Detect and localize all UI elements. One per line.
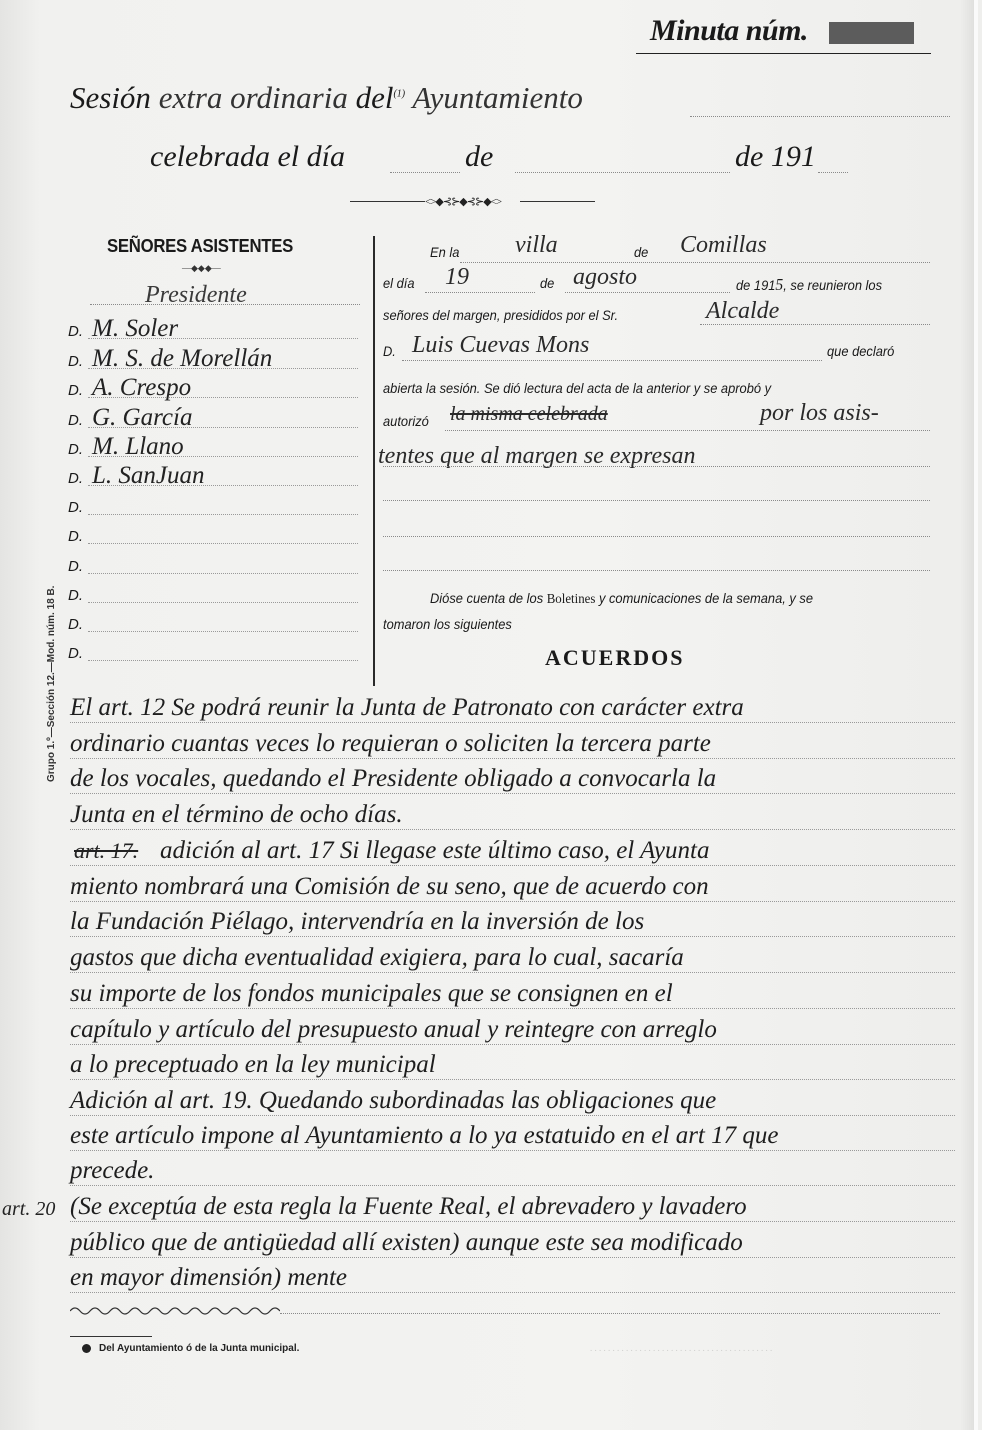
attendee-line <box>88 631 358 632</box>
attendees-heading: SEÑORES ASISTENTES <box>107 236 293 257</box>
year-group: de 1915, se reunieron los <box>736 275 882 295</box>
struck-article-ref: art. 17. <box>74 838 138 864</box>
agreement-line: de los vocales, quedando el Presidente o… <box>70 765 716 793</box>
autorizo-label: autorizó <box>383 413 429 429</box>
attendee-prefix: D. <box>68 441 83 458</box>
celebrated-label: celebrada el día <box>150 140 345 174</box>
attendee-name: M. S. de Morellán <box>92 345 272 373</box>
footnote-marker: (1) <box>393 89 405 100</box>
footnote: Del Ayuntamiento ó de la Junta municipal… <box>82 1343 299 1354</box>
tomaron-text: tomaron los siguientes <box>383 616 512 632</box>
session-type: extra ordinaria <box>159 80 348 115</box>
blank-line-2 <box>383 500 930 501</box>
president-line <box>90 304 360 305</box>
declaro-text: que declaró <box>827 343 894 359</box>
agreement-line: ordinario cuantas veces lo requieran o s… <box>70 730 711 758</box>
agreement-line: Adición al art. 19. Quedando subordinada… <box>70 1087 716 1115</box>
ruled-line <box>70 936 955 937</box>
attendee-row: D. <box>68 521 358 545</box>
autorizo-line <box>445 430 930 431</box>
minuta-number-redacted <box>829 22 914 44</box>
small-ornament: —◆◆◆— <box>182 263 221 274</box>
ruled-line <box>70 1257 955 1258</box>
closing-squiggle <box>70 1305 280 1317</box>
agreement-line: público que de antigüedad allí existen) … <box>70 1229 743 1257</box>
place-name: Comillas <box>680 232 767 259</box>
title-prefix: Sesión <box>70 80 151 115</box>
attendee-name: L. SanJuan <box>92 462 205 490</box>
form-model-label: Grupo 1.º—Sección 12.—Mod. núm. 18 B. <box>46 586 57 782</box>
ruled-line <box>70 829 955 830</box>
agreement-line: miento nombrará una Comisión de su seno,… <box>70 873 709 901</box>
blank-line-1 <box>383 466 930 467</box>
agreement-line: adición al art. 17 Si llegase este últim… <box>160 837 709 865</box>
attendee-prefix: D. <box>68 353 83 370</box>
ruled-line <box>70 1221 955 1222</box>
attendee-row: D. <box>68 580 358 604</box>
agreement-line: en mayor dimensión) mente <box>70 1264 347 1292</box>
en-la-label: En la <box>430 244 459 260</box>
day-line <box>425 292 535 293</box>
attendee-row: D.M. Llano <box>68 434 358 458</box>
blank-line-4 <box>383 570 930 571</box>
month-blank <box>515 172 730 173</box>
agreement-line: gastos que dicha eventualidad exigiera, … <box>70 944 684 972</box>
ruled-line <box>70 1115 955 1116</box>
bleed-through-text: . . . . . . . . . . . . . . . . . . . . … <box>590 1343 772 1353</box>
attendee-name: G. García <box>92 404 192 432</box>
closing-line <box>280 1313 940 1314</box>
mayor-name: Luis Cuevas Mons <box>412 332 589 359</box>
attendee-name: M. Soler <box>92 315 178 343</box>
footnote-mark-icon <box>82 1344 91 1353</box>
ruled-line <box>70 972 955 973</box>
ruled-line <box>70 901 955 902</box>
attendee-row: D.L. SanJuan <box>68 463 358 487</box>
day-blank <box>390 172 460 173</box>
attendee-line <box>88 660 358 661</box>
ornament-divider: <>◆⊰⊱◆⊰⊱◆<> <box>350 195 595 207</box>
agreement-line: capítulo y artículo del presupuesto anua… <box>70 1016 717 1044</box>
attendee-prefix: D. <box>68 382 83 399</box>
attendee-name: A. Crespo <box>92 374 191 402</box>
ruled-line <box>70 1292 955 1293</box>
attendee-line <box>88 543 358 544</box>
attendee-row: D.M. S. de Morellán <box>68 346 358 370</box>
month-value: agosto <box>573 264 637 291</box>
ruled-line <box>70 865 955 866</box>
diose-text: Dióse cuenta de los Boletines y comunica… <box>430 590 813 608</box>
attendee-row: D. <box>68 492 358 516</box>
agreement-line: precede. <box>70 1157 154 1185</box>
place-type: villa <box>515 232 558 259</box>
title-of-the: del <box>356 80 394 115</box>
ruled-line <box>70 793 955 794</box>
attendee-prefix: D. <box>68 645 83 662</box>
attendee-prefix: D. <box>68 558 83 575</box>
attendee-row: D.M. Soler <box>68 316 358 340</box>
ruled-line <box>70 1008 955 1009</box>
ruled-line <box>70 758 955 759</box>
de-label: de <box>634 244 648 260</box>
month-line <box>565 292 730 293</box>
session-title: Sesión extra ordinaria del(1) Ayuntamien… <box>70 80 583 116</box>
acuerdos-heading: ACUERDOS <box>545 645 684 671</box>
mayor-prefix: D. <box>383 343 396 359</box>
title-de: de <box>465 140 493 174</box>
year-label: de 191 <box>735 140 816 174</box>
document-page: Minuta núm. Sesión extra ordinaria del(1… <box>0 0 978 1430</box>
attendee-prefix: D. <box>68 323 83 340</box>
attendee-row: D.G. García <box>68 405 358 429</box>
agreement-line: (Se exceptúa de esta regla la Fuente Rea… <box>70 1193 747 1221</box>
attendee-row: D. <box>68 551 358 575</box>
column-divider <box>373 236 375 686</box>
ruled-line <box>70 1044 955 1045</box>
minuta-label: Minuta núm. <box>650 14 808 48</box>
day-value: 19 <box>445 264 469 291</box>
agreement-line: este artículo impone al Ayuntamiento a l… <box>70 1122 778 1150</box>
abierta-text: abierta la sesión. Se dió lectura del ac… <box>383 380 771 396</box>
margin-note-art20: art. 20 <box>2 1198 55 1221</box>
signed-by-line-1: por los asis- <box>760 400 879 427</box>
margen-text: señores del margen, presididos por el Sr… <box>383 307 618 323</box>
attendee-prefix: D. <box>68 412 83 429</box>
agreement-line: su importe de los fondos municipales que… <box>70 980 673 1008</box>
ruled-line <box>70 1150 955 1151</box>
attendee-prefix: D. <box>68 616 83 633</box>
attendee-line <box>88 602 358 603</box>
attendee-line <box>88 514 358 515</box>
attendee-prefix: D. <box>68 499 83 516</box>
presided-by: Alcalde <box>706 298 779 325</box>
agreement-line: El art. 12 Se podrá reunir la Junta de P… <box>70 694 744 722</box>
blank-line-3 <box>383 536 930 537</box>
attendee-prefix: D. <box>68 528 83 545</box>
agreement-line: Junta en el término de ocho días. <box>70 801 403 829</box>
struck-text: la misma celebrada <box>450 403 608 426</box>
attendee-row: D.A. Crespo <box>68 375 358 399</box>
attendee-row: D. <box>68 638 358 662</box>
de-month-label: de <box>540 275 554 291</box>
page-edge <box>974 0 978 1430</box>
place-line <box>460 262 930 263</box>
agreement-line: a lo preceptuado en la ley municipal <box>70 1051 436 1079</box>
presided-line <box>700 324 930 325</box>
council-body: Ayuntamiento <box>412 80 582 115</box>
el-dia-label: el día <box>383 275 415 291</box>
attendee-row: D. <box>68 609 358 633</box>
attendee-line <box>88 573 358 574</box>
title-dotted-line <box>690 116 950 117</box>
year-blank <box>818 172 848 173</box>
ruled-line <box>70 722 955 723</box>
attendee-prefix: D. <box>68 587 83 604</box>
attendee-prefix: D. <box>68 470 83 487</box>
minuta-underline <box>636 53 931 54</box>
ruled-line <box>70 1185 955 1186</box>
agreement-line: la Fundación Piélago, intervendría en la… <box>70 908 644 936</box>
ruled-line <box>70 1079 955 1080</box>
attendee-name: M. Llano <box>92 433 184 461</box>
mayor-line <box>402 360 822 361</box>
footnote-rule <box>70 1336 152 1337</box>
